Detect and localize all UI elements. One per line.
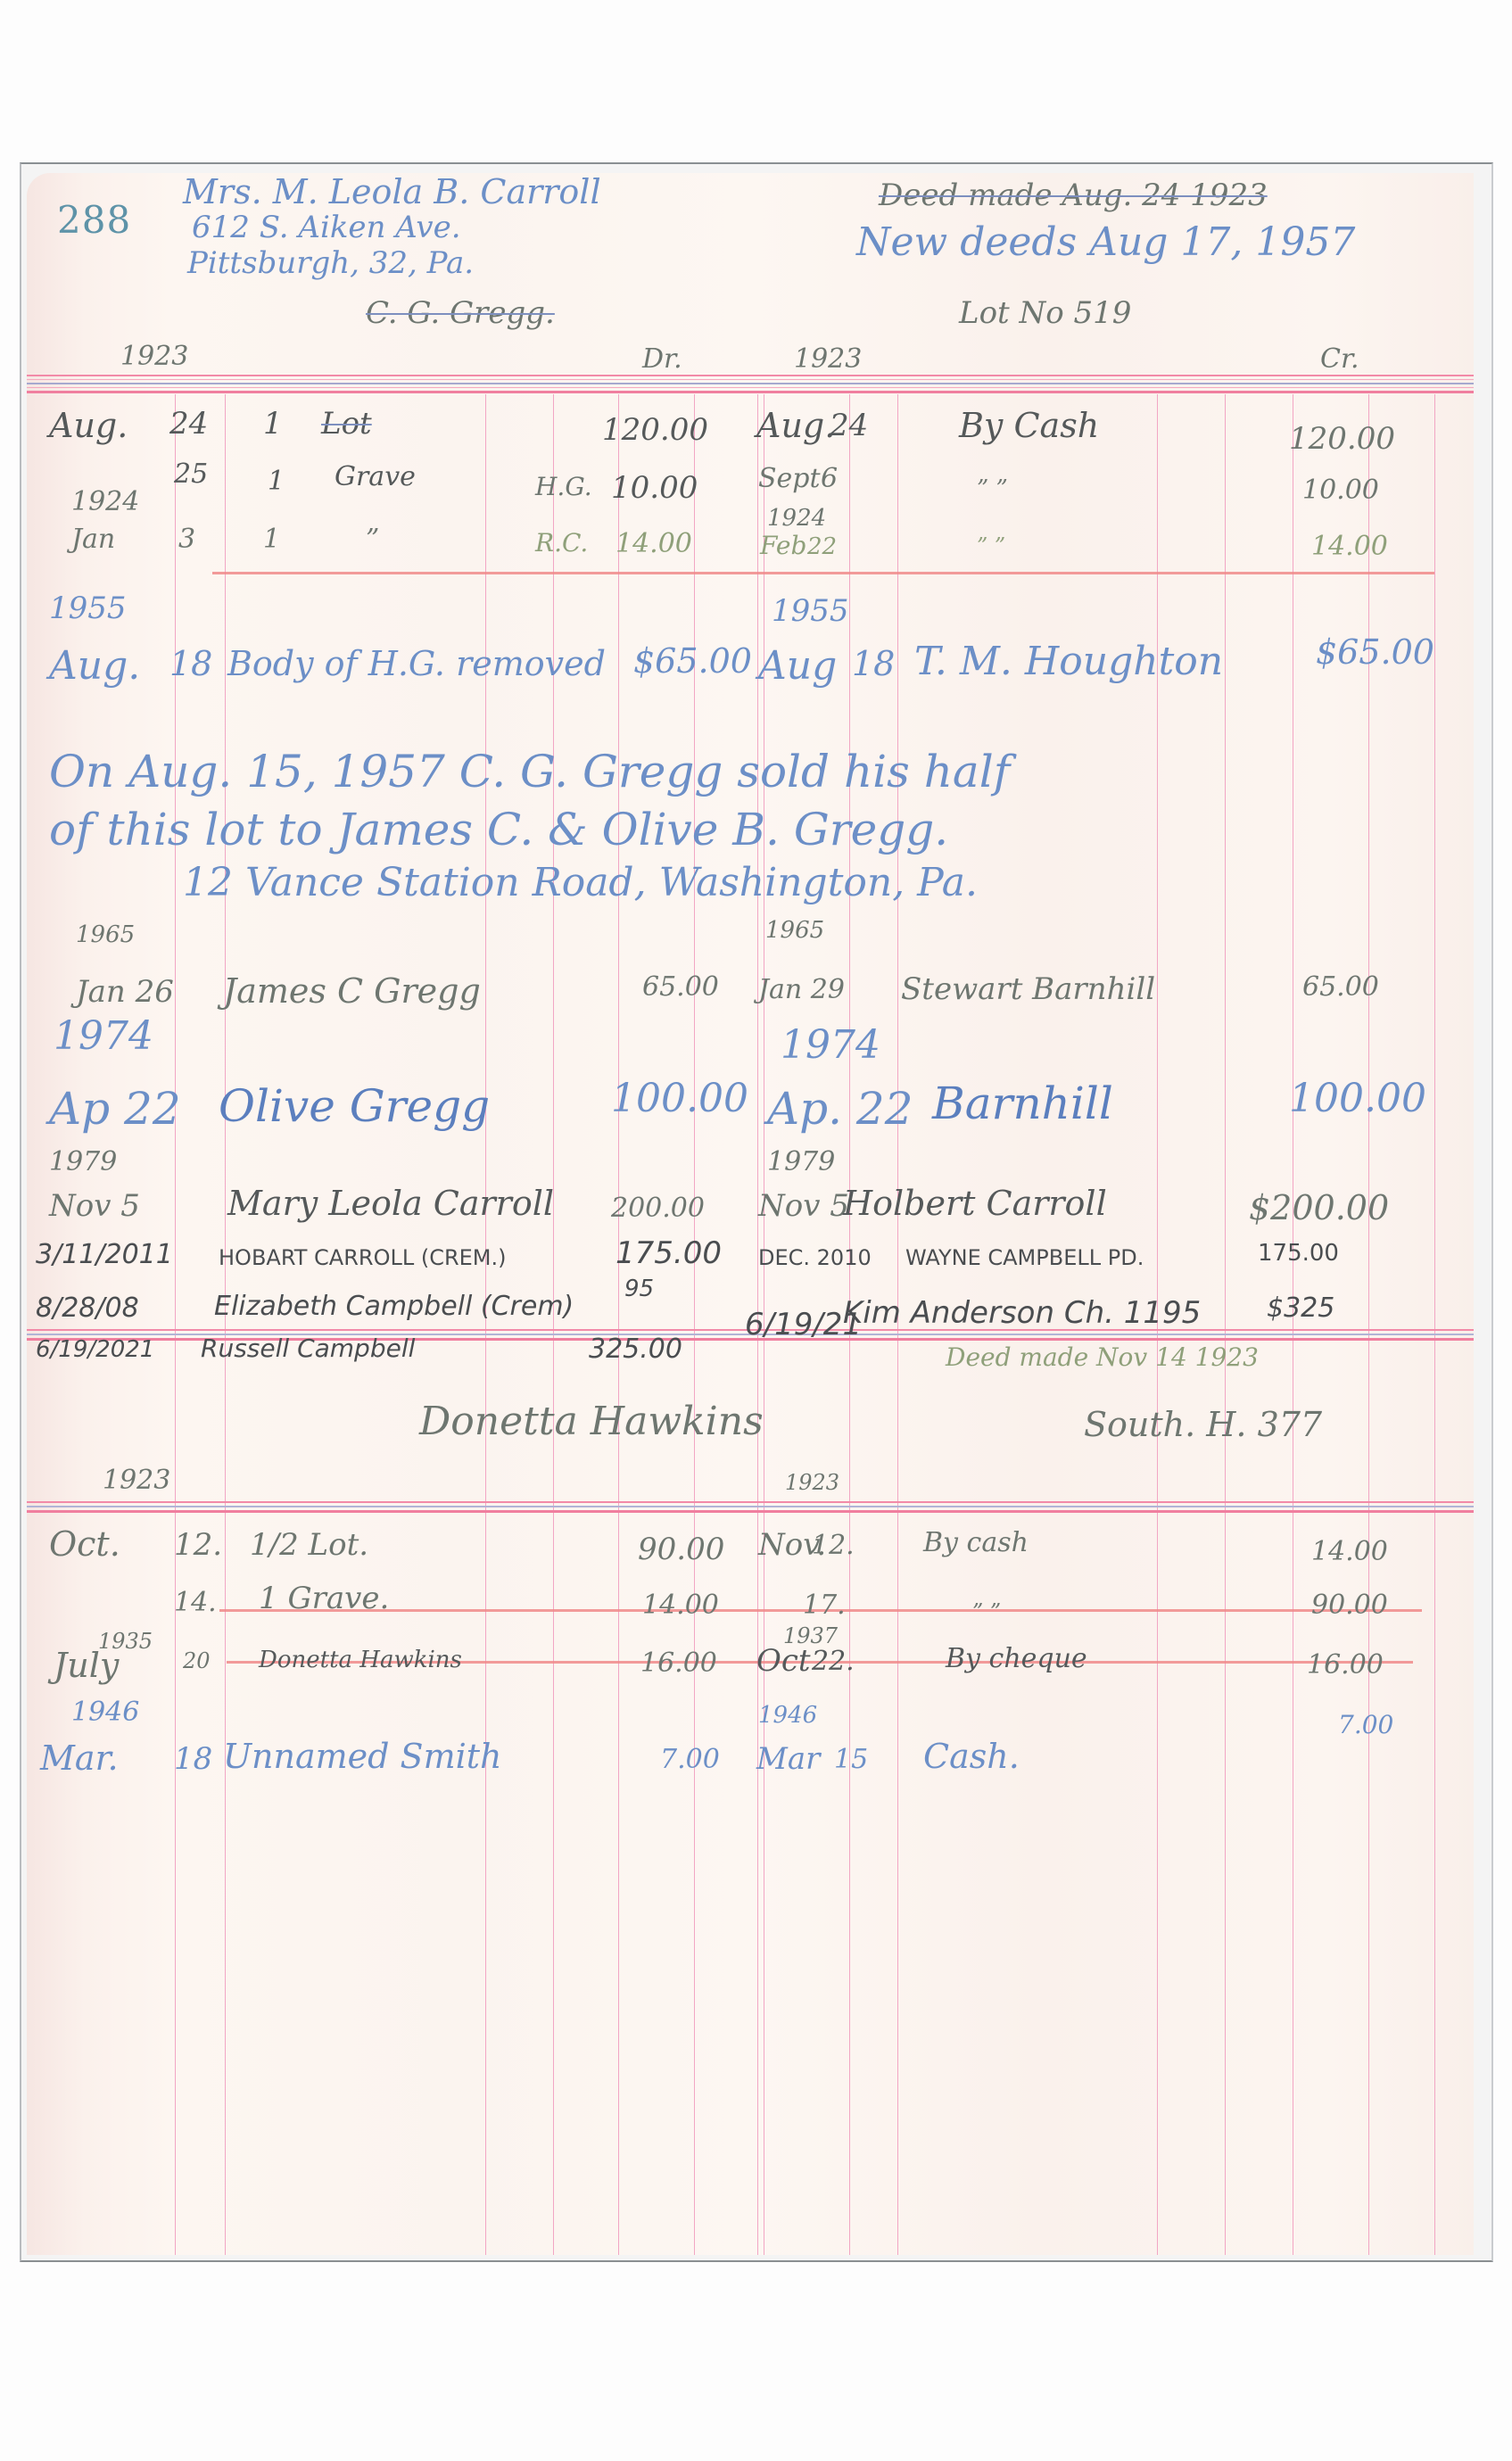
entry-day: 12.	[812, 1532, 855, 1559]
entry-day: 17.	[803, 1592, 846, 1619]
entry-name: Holbert Carroll	[843, 1186, 1107, 1220]
column-rule	[1293, 394, 1293, 2255]
lot-number: Lot No 519	[959, 298, 1131, 328]
entry-amount: 14.00	[1311, 1539, 1388, 1565]
entry-name: Stewart Barnhill	[901, 974, 1155, 1004]
entry-month: Aug.	[49, 647, 140, 686]
credit-label: Cr.	[1320, 346, 1359, 373]
entry-year: 1965	[76, 923, 135, 946]
entry-date: Jan 26	[76, 977, 174, 1007]
entry-amount: 175.00	[616, 1238, 722, 1268]
debit-label: Dr.	[642, 346, 682, 373]
entry-month: Aug	[758, 647, 837, 686]
entry-year: 1955	[772, 596, 849, 626]
entry-amount: 120.00	[602, 415, 708, 445]
section2-debit-year: 1923	[103, 1467, 170, 1494]
entry-day: 14.	[174, 1590, 217, 1616]
entry-qty: 1	[268, 468, 285, 495]
entry-day: 3	[178, 526, 195, 553]
entry-description: By Cash	[959, 409, 1099, 442]
entry-qty: 1	[263, 409, 283, 439]
entry-year: 1946	[758, 1704, 817, 1727]
owner-name: Mrs. M. Leola B. Carroll	[183, 175, 601, 209]
entry-amount: 100.00	[611, 1079, 748, 1119]
entry-year: 1974	[54, 1017, 153, 1056]
entry-amount: 16.00	[1307, 1652, 1384, 1679]
entry-year: 1924	[767, 507, 826, 530]
page-number: 288	[57, 198, 131, 242]
entry-amount: 10.00	[611, 473, 698, 503]
entry-amount: 200.00	[611, 1195, 705, 1222]
entry-name: Olive Gregg	[219, 1084, 490, 1128]
entry-day: 12.	[174, 1530, 222, 1560]
entry-name: Elizabeth Campbell (Crem)	[214, 1293, 574, 1320]
entry-name: HOBART CARROLL (CREM.)	[219, 1247, 507, 1268]
entry-description: ” ”	[977, 477, 1008, 500]
entry-amount: 14.00	[616, 531, 692, 557]
entry-amount: 175.00	[1258, 1242, 1339, 1265]
section2-location: South. H. 377	[1084, 1408, 1322, 1441]
entry-description: ” ”	[972, 1601, 1001, 1623]
entry-date: Jan 29	[758, 977, 845, 1003]
entry-year: 1979	[767, 1149, 835, 1176]
transfer-note-line1: On Aug. 15, 1957 C. G. Gregg sold his ha…	[49, 749, 1010, 794]
entry-name: Russell Campbell	[201, 1336, 415, 1361]
entry-date: DEC. 2010	[758, 1247, 872, 1268]
entry-month: Mar.	[40, 1741, 119, 1775]
entry-description: Unnamed Smith	[223, 1739, 502, 1773]
entry-year: 1974	[781, 1026, 880, 1065]
entry-amount: 90.00	[638, 1534, 724, 1565]
entry-amount: 100.00	[1289, 1079, 1426, 1119]
entry-description: ” ”	[977, 535, 1005, 557]
entry-date: Ap. 22	[767, 1086, 913, 1131]
entry-amount: 325.00	[589, 1336, 682, 1363]
entry-description: Body of H.G. removed	[227, 647, 606, 681]
transfer-note-line2: of this lot to James C. & Olive B. Gregg…	[49, 807, 948, 852]
entry-amount: 16.00	[640, 1650, 717, 1677]
entry-name: Barnhill	[932, 1081, 1113, 1126]
section2-credit-year: 1923	[785, 1472, 839, 1493]
entry-year: 1946	[71, 1699, 139, 1726]
entry-month: July	[54, 1648, 119, 1682]
section2-deed-note: Deed made Nov 14 1923	[946, 1345, 1259, 1370]
entry-amount: 90.00	[1311, 1592, 1388, 1619]
entry-amount: 95	[624, 1277, 654, 1301]
entry-month: Oct.	[49, 1527, 120, 1561]
entry-description: By cheque	[946, 1646, 1087, 1672]
section2-header-rule	[27, 1501, 1474, 1514]
entry-year: 1979	[49, 1149, 117, 1176]
entry-month: Feb	[760, 533, 806, 558]
entry-date: Ap 22	[49, 1086, 181, 1131]
entry-year: 1955	[49, 593, 127, 624]
entry-initials: H.G.	[535, 475, 592, 500]
entry-day: 6	[821, 466, 838, 492]
entry-day: 24	[169, 409, 208, 439]
entry-year: 1924	[71, 489, 139, 516]
entry-name: James C Gregg	[223, 974, 481, 1008]
entry-description: 1 Grave.	[259, 1583, 389, 1614]
entry-date: Nov 5	[758, 1191, 849, 1221]
entry-day: 18	[174, 1744, 212, 1774]
entry-day: 24	[830, 410, 868, 441]
column-rule	[1225, 394, 1226, 2255]
entry-description: ”	[366, 526, 379, 553]
entry-description: Lot	[321, 409, 372, 439]
entry-amount: 65.00	[642, 974, 719, 1001]
entry-day: 18	[852, 647, 895, 681]
entry-amount: 14.00	[1311, 533, 1388, 560]
entry-amount: 14.00	[642, 1592, 719, 1619]
entry-amount: $325	[1267, 1295, 1334, 1322]
entry-amount: 120.00	[1289, 424, 1395, 454]
entry-description: By cash	[923, 1530, 1029, 1557]
column-rule	[1368, 394, 1369, 2255]
entry-description: 1/2 Lot.	[250, 1530, 368, 1560]
entry-description: Cash.	[923, 1739, 1020, 1773]
entry-date: 8/28/08	[36, 1295, 139, 1322]
debit-year-heading: 1923	[120, 343, 188, 370]
entry-day: 18	[169, 647, 212, 681]
entry-amount: 7.00	[1338, 1713, 1393, 1738]
column-rule	[225, 394, 226, 2255]
owner-address-line2: Pittsburgh, 32, Pa.	[187, 248, 474, 278]
entry-day: 15	[834, 1747, 868, 1773]
entry-qty: 1	[263, 526, 280, 553]
column-rule	[1434, 394, 1435, 2255]
entry-name: Kim Anderson Ch. 1195	[843, 1298, 1201, 1328]
entry-month: Jan	[71, 526, 115, 553]
new-deeds-note: New deeds Aug 17, 1957	[856, 223, 1355, 262]
entry-year: 1965	[765, 919, 824, 942]
entry-month: Sept	[758, 466, 821, 492]
entry-month: Aug.	[49, 409, 128, 442]
entry-name: WAYNE CAMPBELL PD.	[905, 1247, 1144, 1268]
owner-address-line1: 612 S. Aiken Ave.	[192, 212, 461, 243]
entry-month: Oct	[756, 1646, 811, 1676]
entry-description: T. M. Houghton	[914, 642, 1223, 681]
entry-amount: 10.00	[1302, 477, 1379, 504]
entry-description: Donetta Hawkins	[259, 1648, 462, 1672]
section2-owner-name: Donetta Hawkins	[419, 1402, 764, 1441]
entry-initials: R.C.	[535, 531, 588, 556]
transfer-note-line3: 12 Vance Station Road, Washington, Pa.	[183, 863, 978, 903]
entry-amount: $65.00	[633, 644, 752, 678]
entry-date: Nov 5	[49, 1191, 140, 1221]
deed-note-struck: Deed made Aug. 24 1923	[879, 180, 1268, 211]
entry-amount: $200.00	[1249, 1191, 1389, 1225]
section1-header-rule	[27, 375, 1474, 394]
entry-month: Mar	[756, 1744, 820, 1774]
entry-day: 22	[807, 535, 837, 558]
entry-day: 25	[174, 461, 208, 488]
entry-date: 6/19/2021	[36, 1338, 154, 1361]
entry-description: Grave	[335, 464, 416, 491]
column-rule	[618, 394, 619, 2255]
entry-name: Mary Leola Carroll	[227, 1186, 554, 1220]
entry-date: 3/11/2011	[36, 1242, 173, 1268]
entry-day: 22.	[812, 1648, 855, 1675]
credit-year-heading: 1923	[794, 346, 862, 373]
entry-month: Aug.	[756, 409, 835, 442]
entry-amount: $65.00	[1316, 635, 1434, 669]
entry-day: 20	[183, 1650, 211, 1672]
subtotal-rule	[212, 572, 1434, 574]
former-owner-struck: C. G. Gregg.	[366, 298, 555, 328]
entry-amount: 65.00	[1302, 974, 1379, 1001]
entry-amount: 7.00	[660, 1747, 720, 1773]
